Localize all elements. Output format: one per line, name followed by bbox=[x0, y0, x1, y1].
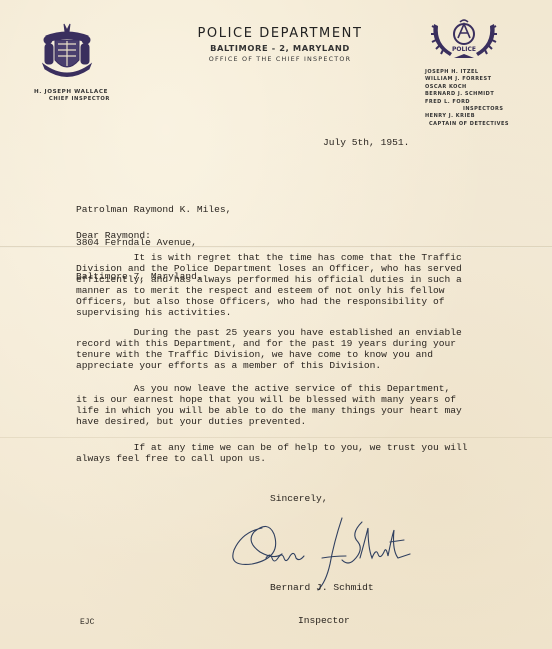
signer-name: Bernard J. Schmidt bbox=[270, 582, 374, 593]
captain-name: HENRY J. KRIEB bbox=[425, 113, 509, 120]
paragraph-line: Officers, but also those Officers, who h… bbox=[76, 296, 462, 307]
staff-member: FRED L. FORD bbox=[425, 99, 509, 106]
typist-initials: EJC bbox=[80, 617, 94, 628]
paragraph-line: tenure with the Traffic Division, we hav… bbox=[76, 349, 462, 360]
department-city: BALTIMORE - 2, MARYLAND bbox=[180, 43, 380, 53]
paragraph-2: During the past 25 years you have establ… bbox=[76, 327, 462, 371]
salutation: Dear Raymond: bbox=[76, 230, 151, 241]
staff-list: JOSEPH H. ITZEL WILLIAM J. FORREST OSCAR… bbox=[425, 69, 509, 128]
paragraph-line: It is with regret that the time has come… bbox=[76, 252, 462, 263]
letter-date: July 5th, 1951. bbox=[323, 137, 409, 148]
paragraph-line: record with this Department, and for the… bbox=[76, 338, 462, 349]
police-wreath-emblem-icon: POLICE bbox=[428, 18, 500, 62]
paragraph-line: life in which you will be able to do the… bbox=[76, 405, 462, 416]
paragraph-line: If at any time we can be of help to you,… bbox=[76, 442, 468, 453]
staff-member: JOSEPH H. ITZEL bbox=[425, 69, 509, 76]
paragraph-line: have desired, but your duties prevented. bbox=[76, 416, 462, 427]
paragraph-line: it is our earnest hope that you will be … bbox=[76, 394, 462, 405]
staff-member: WILLIAM J. FORREST bbox=[425, 76, 509, 83]
emblem-label: POLICE bbox=[452, 46, 476, 53]
captain-title: CAPTAIN OF DETECTIVES bbox=[425, 121, 509, 128]
paragraph-line: manner as to merit the respect and estee… bbox=[76, 285, 462, 296]
signer-title: Inspector bbox=[270, 615, 374, 626]
signer-block: Bernard J. Schmidt Inspector bbox=[270, 560, 374, 649]
maryland-coat-of-arms-icon bbox=[36, 22, 98, 84]
staff-group-title: INSPECTORS bbox=[425, 106, 509, 113]
paper-fold-line bbox=[0, 437, 552, 438]
paragraph-line: efficiently, and has always performed hi… bbox=[76, 274, 462, 285]
paragraph-1: It is with regret that the time has come… bbox=[76, 252, 462, 319]
closing: Sincerely, bbox=[270, 493, 328, 504]
paragraph-line: appreciate your efforts as a member of t… bbox=[76, 360, 462, 371]
chief-inspector-block: H. JOSEPH WALLACE CHIEF INSPECTOR bbox=[26, 89, 116, 102]
paragraph-3: As you now leave the active service of t… bbox=[76, 383, 462, 427]
department-office: OFFICE OF THE CHIEF INSPECTOR bbox=[180, 55, 380, 63]
chief-name: H. JOSEPH WALLACE bbox=[26, 89, 116, 95]
paragraph-line: always feel free to call upon us. bbox=[76, 453, 468, 464]
staff-member: BERNARD J. SCHMIDT bbox=[425, 91, 509, 98]
letter-page: H. JOSEPH WALLACE CHIEF INSPECTOR POLICE… bbox=[0, 0, 552, 649]
paragraph-line: supervising his activities. bbox=[76, 307, 462, 318]
paragraph-4: If at any time we can be of help to you,… bbox=[76, 442, 468, 464]
paragraph-line: As you now leave the active service of t… bbox=[76, 383, 462, 394]
paragraph-line: Division and the Police Department loses… bbox=[76, 263, 462, 274]
recipient-line: Patrolman Raymond K. Miles, bbox=[76, 204, 231, 215]
staff-member: OSCAR KOCH bbox=[425, 84, 509, 91]
chief-title: CHIEF INSPECTOR bbox=[26, 96, 116, 102]
department-title: POLICE DEPARTMENT bbox=[180, 26, 380, 41]
paragraph-line: During the past 25 years you have establ… bbox=[76, 327, 462, 338]
